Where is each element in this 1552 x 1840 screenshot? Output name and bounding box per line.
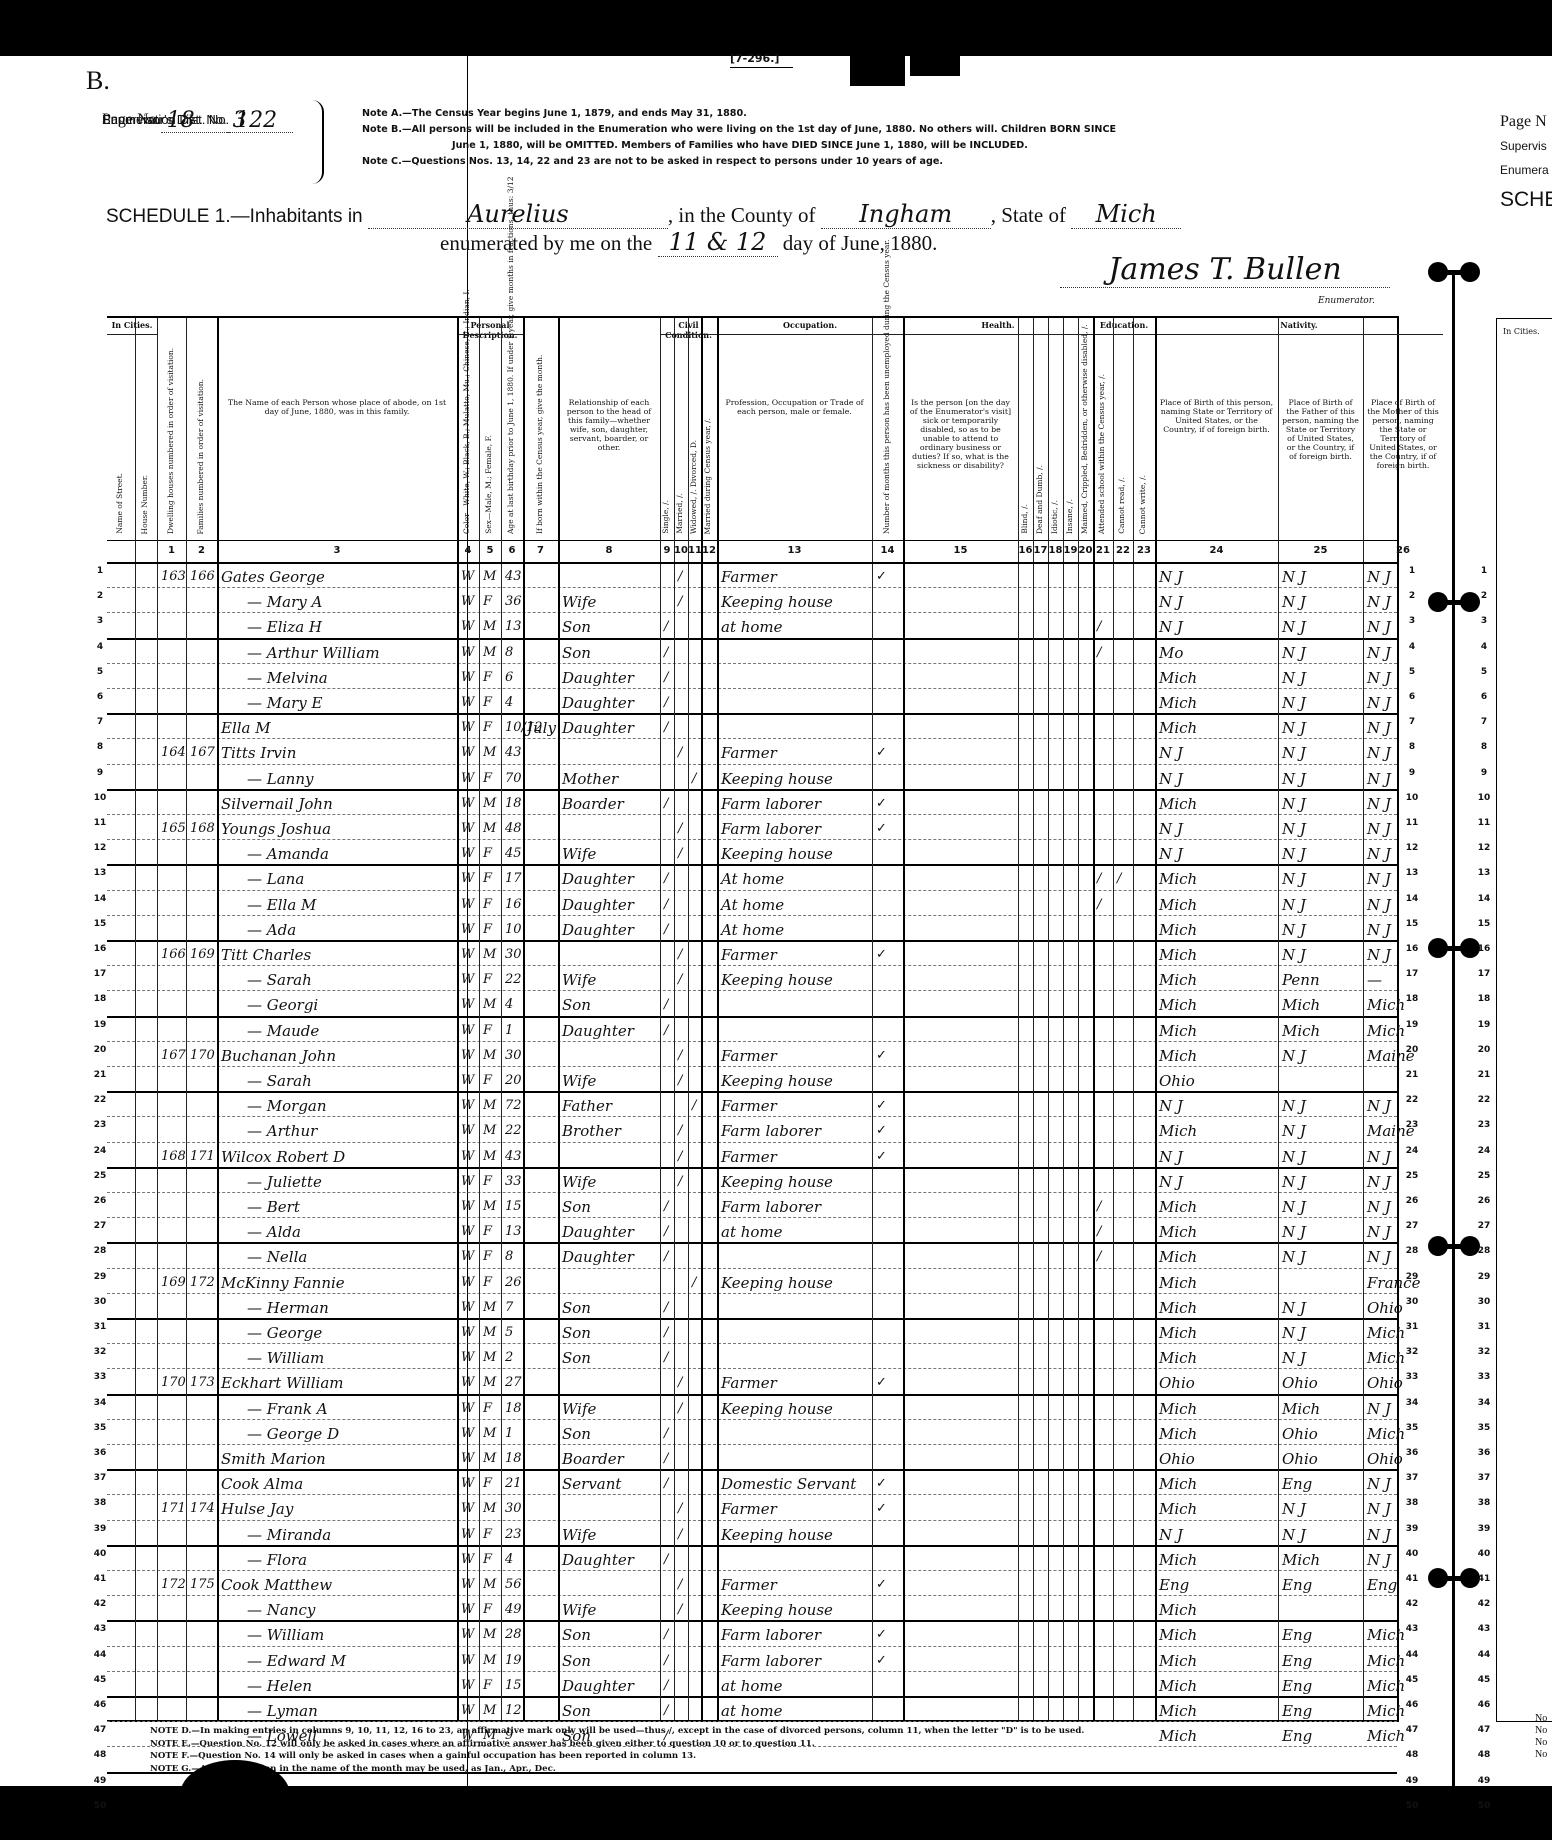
cell-school: / — [1097, 1192, 1101, 1217]
cell-married: / — [678, 562, 682, 587]
cell-single: / — [664, 1343, 668, 1368]
row-number-left: 38 — [90, 1498, 110, 1508]
cell-bp: N J — [1159, 764, 1183, 789]
row-number-next-page: 29 — [1474, 1272, 1494, 1282]
row-number-right: 45 — [1402, 1675, 1422, 1685]
cell-fbp: N J — [1282, 612, 1306, 637]
column-number: 10 — [674, 540, 688, 562]
column-divider — [501, 318, 502, 1720]
cell-single: / — [664, 1293, 668, 1318]
cell-occ: Farmer — [721, 1494, 777, 1519]
cell-mbp: N J — [1367, 638, 1391, 663]
row-number-right: 23 — [1402, 1120, 1422, 1130]
cell-occ: Farm laborer — [721, 814, 821, 839]
cell-bp: Mich — [1159, 713, 1197, 738]
cell-fbp: Eng — [1282, 1570, 1312, 1595]
cell-dwelling: 164 — [161, 738, 186, 763]
cell-fbp: Mich — [1282, 1545, 1320, 1570]
cell-color: W — [461, 789, 474, 814]
cell-mbp: Mich — [1367, 990, 1405, 1015]
cell-sex: F — [483, 1167, 492, 1192]
row-number-left: 19 — [90, 1020, 110, 1030]
cell-rel: Wife — [562, 1394, 596, 1419]
cell-mbp: N J — [1367, 612, 1391, 637]
group-rule — [457, 334, 523, 335]
note-c: Note C.—Questions Nos. 13, 14, 22 and 23… — [362, 154, 1116, 170]
cell-married: / — [678, 1142, 682, 1167]
cell-sex: M — [483, 990, 496, 1015]
cell-name: — Georgi — [247, 990, 318, 1015]
cell-bp: N J — [1159, 738, 1183, 763]
cell-bp: Mich — [1159, 1116, 1197, 1141]
cell-rel: Wife — [562, 965, 596, 990]
row-number-next-page: 34 — [1474, 1398, 1494, 1408]
table-row: — GeorgiWM4Son/MichMichMich — [107, 990, 1397, 1017]
cell-sex: M — [483, 1041, 496, 1066]
cell-rel: Son — [562, 1620, 591, 1645]
cell-rel: Brother — [562, 1116, 621, 1141]
table-row: Smith MarionWM18Boarder/OhioOhioOhio — [107, 1444, 1397, 1471]
cell-married: / — [678, 1520, 682, 1545]
column-header-blind: Blind, /. — [1021, 504, 1030, 534]
cell-bp: Mich — [1159, 915, 1197, 940]
cell-bp: Mich — [1159, 890, 1197, 915]
table-row: — AmandaWF45Wife/Keeping houseN JN JN J — [107, 839, 1397, 866]
cell-single: / — [664, 1192, 668, 1217]
cell-school: / — [1097, 1242, 1101, 1267]
column-divider — [479, 318, 480, 1720]
cell-color: W — [461, 1494, 474, 1519]
cell-fbp: N J — [1282, 839, 1306, 864]
cell-name: — Nancy — [247, 1595, 315, 1620]
row-number-next-page: 45 — [1474, 1675, 1494, 1685]
cell-single: / — [664, 1545, 668, 1570]
cell-age: 5 — [505, 1318, 513, 1343]
enumerated-label: enumerated by me on the — [440, 231, 652, 255]
row-number-left: 6 — [90, 692, 110, 702]
cell-name: Titts Irvin — [221, 738, 296, 763]
table-row: 169172McKinny FannieWF26/Keeping houseMi… — [107, 1268, 1397, 1294]
row-number-next-page: 3 — [1474, 616, 1494, 626]
cell-fbp: Penn — [1282, 965, 1320, 990]
cell-name: — Eliza H — [247, 612, 322, 637]
cell-bp: Mich — [1159, 864, 1197, 889]
cell-occ: Keeping house — [721, 1066, 833, 1091]
cell-name: Buchanan John — [221, 1041, 336, 1066]
group-header-in-cities: In Cities. — [107, 320, 157, 330]
next-in-cities: In Cities. — [1503, 327, 1540, 336]
row-number-right: 20 — [1402, 1045, 1422, 1055]
cell-occ: at home — [721, 1696, 783, 1721]
cell-rel: Father — [562, 1091, 612, 1116]
cell-sex: M — [483, 1444, 496, 1469]
cell-bp: Mich — [1159, 1041, 1197, 1066]
row-number-left: 35 — [90, 1423, 110, 1433]
cell-mbp: N J — [1367, 1545, 1391, 1570]
column-header-profession: Profession, Occupation or Trade of each … — [721, 398, 868, 416]
cell-rel: Wife — [562, 1167, 596, 1192]
cell-occ: Domestic Servant — [721, 1469, 856, 1494]
cell-rel: Wife — [562, 1066, 596, 1091]
row-number-left: 42 — [90, 1599, 110, 1609]
cell-occ: at home — [721, 612, 783, 637]
cell-bp: Mich — [1159, 1646, 1197, 1671]
row-number-next-page: 38 — [1474, 1498, 1494, 1508]
row-number-right: 8 — [1402, 742, 1422, 752]
county-field: Ingham — [821, 200, 991, 229]
cell-name: — Herman — [247, 1293, 329, 1318]
group-header-personal: Personal Description. — [457, 320, 523, 340]
cell-unemp: ✓ — [876, 1494, 887, 1519]
column-number: 26 — [1363, 540, 1443, 562]
column-number: 1 — [157, 540, 186, 562]
cell-mbp: N J — [1367, 587, 1391, 612]
cell-color: W — [461, 1242, 474, 1267]
cell-single: / — [664, 612, 668, 637]
row-number-right: 48 — [1402, 1750, 1422, 1760]
column-header-birth-father: Place of Birth of the Father of this per… — [1282, 398, 1359, 461]
table-row: — WilliamWM28Son/Farm laborer✓MichEngMic… — [107, 1620, 1397, 1646]
cell-bp: Mich — [1159, 789, 1197, 814]
column-number: 25 — [1278, 540, 1363, 562]
column-number: 20 — [1078, 540, 1093, 562]
cell-widowed: / — [692, 1268, 696, 1293]
cell-rel: Wife — [562, 587, 596, 612]
row-number-left: 26 — [90, 1196, 110, 1206]
column-divider — [135, 318, 136, 1720]
cell-bp: Mich — [1159, 1217, 1197, 1242]
row-number-left: 21 — [90, 1070, 110, 1080]
cell-name: — Arthur — [247, 1116, 317, 1141]
cell-unemp: ✓ — [876, 940, 887, 965]
cell-rel: Daughter — [562, 1217, 634, 1242]
cell-sex: F — [483, 587, 492, 612]
row-number-next-page: 40 — [1474, 1549, 1494, 1559]
cell-married: / — [678, 1570, 682, 1595]
cell-bp: N J — [1159, 1091, 1183, 1116]
column-number: 4 — [457, 540, 479, 562]
row-number-right: 10 — [1402, 793, 1422, 803]
cell-family: 171 — [190, 1142, 215, 1167]
column-divider — [872, 318, 873, 1720]
cell-unemp: ✓ — [876, 789, 887, 814]
column-number: 9 — [660, 540, 674, 562]
table-row: — MorganWM72Father/Farmer✓N JN JN J — [107, 1091, 1397, 1117]
row-number-next-page: 27 — [1474, 1221, 1494, 1231]
binder-ring — [1428, 262, 1480, 284]
row-number-left: 23 — [90, 1120, 110, 1130]
row-number-left: 39 — [90, 1524, 110, 1534]
cell-mbp: N J — [1367, 814, 1391, 839]
binder-ring — [1428, 938, 1480, 960]
row-number-right: 1 — [1402, 566, 1422, 576]
cell-age: 10 — [505, 915, 522, 940]
cell-bp: Mich — [1159, 1671, 1197, 1696]
cell-color: W — [461, 612, 474, 637]
cell-mbp: N J — [1367, 738, 1391, 763]
cell-name: — Maude — [247, 1016, 319, 1041]
cell-mbp: Mich — [1367, 1696, 1405, 1721]
table-row: Cook AlmaWF21Servant/Domestic Servant✓Mi… — [107, 1469, 1397, 1495]
cell-color: W — [461, 915, 474, 940]
cell-color: W — [461, 940, 474, 965]
binder-ring — [1428, 1236, 1480, 1258]
cell-occ: Keeping house — [721, 1167, 833, 1192]
cell-fbp: N J — [1282, 1520, 1306, 1545]
row-number-next-page: 41 — [1474, 1574, 1494, 1584]
binder-ring — [1428, 592, 1480, 614]
row-number-left: 11 — [90, 818, 110, 828]
cell-married: / — [678, 1595, 682, 1620]
column-number: 11 — [688, 540, 701, 562]
cell-name: — Arthur William — [247, 638, 380, 663]
cell-mbp: N J — [1367, 1217, 1391, 1242]
next-page-note: No — [1535, 1737, 1547, 1749]
cell-color: W — [461, 1545, 474, 1570]
row-number-right: 24 — [1402, 1146, 1422, 1156]
column-number: 3 — [217, 540, 457, 562]
row-number-right: 5 — [1402, 667, 1422, 677]
cell-sex: M — [483, 562, 496, 587]
cell-occ: Keeping house — [721, 965, 833, 990]
cell-fbp: N J — [1282, 1494, 1306, 1519]
cell-age: 4 — [505, 688, 513, 713]
cell-occ: Farmer — [721, 562, 777, 587]
note-f: NOTE F.—Question No. 14 will only be ask… — [150, 1750, 1084, 1763]
cell-single: / — [664, 1444, 668, 1469]
cell-sex: F — [483, 713, 492, 738]
cell-dwelling: 165 — [161, 814, 186, 839]
cell-sex: M — [483, 738, 496, 763]
cell-name: — Mary A — [247, 587, 322, 612]
cell-color: W — [461, 764, 474, 789]
cell-bp: Ohio — [1159, 1444, 1195, 1469]
cell-married: / — [678, 1167, 682, 1192]
row-number-next-page: 50 — [1474, 1801, 1494, 1811]
census-table: Name of Street.House Number.Dwelling hou… — [107, 316, 1399, 1722]
table-row: 163166Gates GeorgeWM43/Farmer✓N JN JN J — [107, 562, 1397, 588]
next-supervisor-label: Supervis — [1500, 134, 1552, 158]
row-number-next-page: 22 — [1474, 1095, 1494, 1105]
column-divider — [1278, 318, 1279, 1720]
table-row: Ella MWF10/12JulyDaughter/MichN JN J — [107, 713, 1397, 739]
cell-single: / — [664, 688, 668, 713]
column-header-single: Single, /. — [662, 500, 671, 534]
row-number-left: 41 — [90, 1574, 110, 1584]
row-number-left: 32 — [90, 1347, 110, 1357]
row-number-left: 20 — [90, 1045, 110, 1055]
cell-unemp: ✓ — [876, 1091, 887, 1116]
cell-unemp: ✓ — [876, 1469, 887, 1494]
row-number-left: 7 — [90, 717, 110, 727]
cell-bp: N J — [1159, 587, 1183, 612]
cell-name: — Nella — [247, 1242, 307, 1267]
cell-mbp: Ohio — [1367, 1293, 1403, 1318]
cell-occ: Farm laborer — [721, 1620, 821, 1645]
cell-fbp: N J — [1282, 587, 1306, 612]
row-number-right: 34 — [1402, 1398, 1422, 1408]
table-row: — ArthurWM22Brother/Farm laborer✓MichN J… — [107, 1116, 1397, 1142]
cell-single: / — [664, 890, 668, 915]
cell-rel: Wife — [562, 1595, 596, 1620]
cell-mbp: N J — [1367, 1091, 1391, 1116]
column-header-family: Families numbered in order of visitation… — [197, 379, 206, 534]
row-number-next-page: 43 — [1474, 1624, 1494, 1634]
cell-age: 17 — [505, 864, 522, 889]
row-number-right: 12 — [1402, 843, 1422, 853]
cell-occ: Keeping house — [721, 1268, 833, 1293]
row-number-next-page: 44 — [1474, 1650, 1494, 1660]
cell-sex: F — [483, 1545, 492, 1570]
cell-color: W — [461, 864, 474, 889]
table-row: — HermanWM7Son/MichN JOhio — [107, 1293, 1397, 1320]
table-row: — LannyWF70Mother/Keeping houseN JN JN J — [107, 764, 1397, 791]
cell-fbp: N J — [1282, 890, 1306, 915]
table-row: — HelenWF15Daughter/at homeMichEngMich — [107, 1671, 1397, 1698]
cell-unemp: ✓ — [876, 562, 887, 587]
cell-mbp: N J — [1367, 915, 1391, 940]
row-number-next-page: 12 — [1474, 843, 1494, 853]
cell-sex: M — [483, 1343, 496, 1368]
row-number-left: 43 — [90, 1624, 110, 1634]
row-number-left: 33 — [90, 1372, 110, 1382]
cell-mbp: Mich — [1367, 1318, 1405, 1343]
row-number-left: 14 — [90, 894, 110, 904]
row-number-next-page: 11 — [1474, 818, 1494, 828]
cell-bp: Eng — [1159, 1570, 1189, 1595]
cell-color: W — [461, 1671, 474, 1696]
row-number-next-page: 33 — [1474, 1372, 1494, 1382]
cell-color: W — [461, 1041, 474, 1066]
cell-fbp: N J — [1282, 1217, 1306, 1242]
cell-mbp: N J — [1367, 1469, 1391, 1494]
cell-sex: M — [483, 1646, 496, 1671]
cell-mbp: N J — [1367, 789, 1391, 814]
cell-sex: M — [483, 1318, 496, 1343]
cell-dwelling: 170 — [161, 1368, 186, 1393]
cell-name: Titt Charles — [221, 940, 311, 965]
cell-family: 170 — [190, 1041, 215, 1066]
column-number: 13 — [717, 540, 872, 562]
group-rule — [1155, 334, 1443, 335]
column-number: 12 — [701, 540, 717, 562]
row-number-next-page: 47 — [1474, 1725, 1494, 1735]
column-header-married-year: Married during Census year, /. — [704, 418, 713, 534]
note-a: Note A.—The Census Year begins June 1, 1… — [362, 106, 1116, 122]
cell-age: 15 — [505, 1192, 522, 1217]
cell-age: 13 — [505, 1217, 522, 1242]
cell-occ: Farmer — [721, 940, 777, 965]
cell-mbp: N J — [1367, 1167, 1391, 1192]
table-row: — Eliza HWM13Son/at home/N JN JN J — [107, 612, 1397, 639]
row-number-next-page: 4 — [1474, 642, 1494, 652]
column-divider — [1093, 318, 1095, 1720]
table-row: 171174Hulse JayWM30/Farmer✓MichN JN J — [107, 1494, 1397, 1520]
cell-occ: At home — [721, 915, 784, 940]
cell-mbp: Mich — [1367, 1671, 1405, 1696]
cell-sex: M — [483, 1620, 496, 1645]
cell-fbp: Eng — [1282, 1620, 1312, 1645]
cell-mbp: Ohio — [1367, 1444, 1403, 1469]
cell-color: W — [461, 890, 474, 915]
row-number-left: 27 — [90, 1221, 110, 1231]
row-number-next-page: 15 — [1474, 919, 1494, 929]
cell-age: 30 — [505, 1494, 522, 1519]
cell-fbp: N J — [1282, 1242, 1306, 1267]
cell-school: / — [1097, 612, 1101, 637]
cell-single: / — [664, 864, 668, 889]
cell-fbp: N J — [1282, 638, 1306, 663]
next-page-notes: NoNoNoNo — [1535, 1713, 1547, 1761]
cell-occ: Keeping house — [721, 764, 833, 789]
cell-fbp: N J — [1282, 1293, 1306, 1318]
cell-name: Cook Alma — [221, 1469, 303, 1494]
cell-age: 16 — [505, 890, 522, 915]
cell-name: Hulse Jay — [221, 1494, 293, 1519]
cell-fbp: N J — [1282, 864, 1306, 889]
cell-fbp: Eng — [1282, 1469, 1312, 1494]
cell-fbp: Mich — [1282, 1016, 1320, 1041]
cell-rel: Boarder — [562, 1444, 624, 1469]
column-number: 18 — [1048, 540, 1063, 562]
row-number-next-page: 19 — [1474, 1020, 1494, 1030]
note-e: NOTE E.—Question No. 12 will only be ask… — [150, 1738, 1084, 1751]
row-number-right: 39 — [1402, 1524, 1422, 1534]
column-number: 24 — [1155, 540, 1278, 562]
cell-mbp: — — [1367, 965, 1382, 990]
cell-name: — Helen — [247, 1671, 312, 1696]
cell-unemp: ✓ — [876, 1368, 887, 1393]
cell-occ: Keeping house — [721, 587, 833, 612]
cell-rel: Son — [562, 1696, 591, 1721]
column-header-school: Attended school within the Census year, … — [1098, 374, 1107, 534]
table-row: — JulietteWF33Wife/Keeping houseN JN JN … — [107, 1167, 1397, 1193]
column-divider — [717, 318, 719, 1720]
cell-fbp: Eng — [1282, 1646, 1312, 1671]
cell-occ: Farm laborer — [721, 1116, 821, 1141]
cell-single: / — [664, 1671, 668, 1696]
cell-mbp: N J — [1367, 713, 1391, 738]
row-number-right: 49 — [1402, 1776, 1422, 1786]
cell-sex: F — [483, 1671, 492, 1696]
cell-occ: Farm laborer — [721, 1192, 821, 1217]
cell-rel: Daughter — [562, 915, 634, 940]
cell-occ: at home — [721, 1217, 783, 1242]
row-number-right: 22 — [1402, 1095, 1422, 1105]
cell-color: W — [461, 663, 474, 688]
cell-fbp: N J — [1282, 1116, 1306, 1141]
row-number-left: 30 — [90, 1297, 110, 1307]
cell-sex: F — [483, 839, 492, 864]
cell-age: 36 — [505, 587, 522, 612]
row-number-next-page: 35 — [1474, 1423, 1494, 1433]
cell-name: — Sarah — [247, 1066, 312, 1091]
cell-occ: At home — [721, 864, 784, 889]
enumeration-day: 11 & 12 — [658, 228, 778, 257]
cell-mbp: N J — [1367, 1494, 1391, 1519]
table-row: — GeorgeWM5Son/MichN JMich — [107, 1318, 1397, 1344]
cell-rel: Wife — [562, 839, 596, 864]
cell-bp: N J — [1159, 612, 1183, 637]
table-row: — George DWM1Son/MichOhioMich — [107, 1419, 1397, 1445]
row-number-next-page: 7 — [1474, 717, 1494, 727]
row-number-right: 11 — [1402, 818, 1422, 828]
county-label: , in the County of — [668, 203, 816, 227]
cell-unemp: ✓ — [876, 738, 887, 763]
cell-rel: Daughter — [562, 1671, 634, 1696]
cell-fbp: Mich — [1282, 1394, 1320, 1419]
column-header-dwelling: Dwelling houses numbered in order of vis… — [167, 364, 176, 534]
